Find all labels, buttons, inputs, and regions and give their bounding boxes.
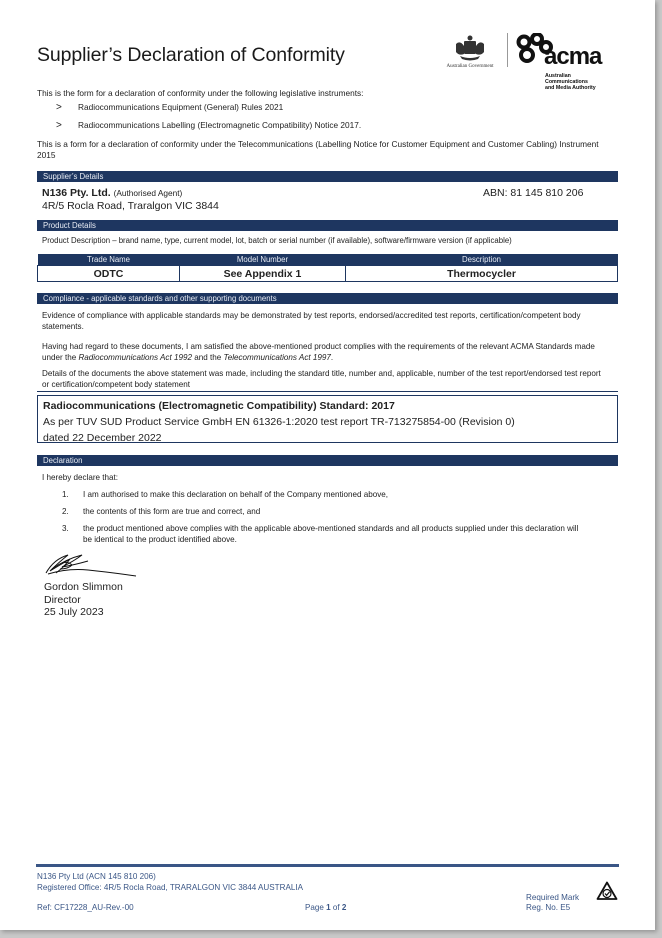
footer-company: N136 Pty Ltd (ACN 145 810 206) (37, 872, 156, 881)
declaration-intro: I hereby declare that: (42, 473, 118, 482)
supplier-address: 4R/5 Rocla Road, Traralgon VIC 3844 (42, 200, 219, 212)
footer-ref: Ref: CF17228_AU-Rev.-00 (37, 903, 134, 912)
description-cell: Thermocycler (346, 266, 618, 282)
page-title: Supplier’s Declaration of Conformity (37, 44, 345, 67)
svg-text:Australian Government: Australian Government (446, 64, 494, 69)
signature (42, 549, 142, 579)
details-text: Details of the documents the above state… (42, 368, 602, 390)
svg-text:acma: acma (544, 43, 603, 70)
evidence-text: Evidence of compliance with applicable s… (42, 310, 602, 332)
supplier-abn: ABN: 81 145 810 206 (483, 187, 583, 199)
telecom-intro-text: This is a form for a declaration of conf… (37, 139, 617, 161)
section-header-compliance: Compliance - applicable standards and ot… (37, 293, 618, 304)
supplier-role: (Authorised Agent) (114, 188, 183, 198)
logo-divider (507, 33, 508, 67)
standard-box: Radiocommunications (Electromagnetic Com… (37, 395, 618, 443)
chevron-right-icon: > (56, 102, 78, 113)
standard-title: Radiocommunications (Electromagnetic Com… (43, 398, 617, 414)
table-row: ODTC See Appendix 1 Thermocycler (38, 266, 618, 282)
intro-text: This is the form for a declaration of co… (37, 88, 364, 99)
product-description-label: Product Description – brand name, type, … (42, 236, 512, 245)
coat-of-arms-icon: Australian Government (438, 32, 502, 72)
signed-date: 25 July 2023 (44, 606, 104, 618)
page-number: Page 1 of 2 (305, 903, 346, 912)
section-header-declaration: Declaration (37, 455, 618, 466)
australian-government-logo: Australian Government (438, 32, 502, 72)
footer-office: Registered Office: 4R/5 Rocla Road, TRAR… (37, 883, 303, 892)
chevron-right-icon: > (56, 120, 78, 131)
footer-divider (36, 864, 619, 867)
section-header-product: Product Details (37, 220, 618, 231)
standard-report: As per TUV SUD Product Service GmbH EN 6… (43, 414, 617, 430)
svg-text:and Media Authority: and Media Authority (545, 85, 596, 91)
required-mark-label: Required Mark (526, 893, 579, 902)
signer-name: Gordon Slimmon (44, 581, 123, 593)
column-header: Trade Name (38, 254, 180, 266)
divider (37, 391, 618, 392)
signature-icon (42, 549, 142, 579)
registration-number: Reg. No. E5 (526, 903, 570, 912)
acma-logo-icon: acma Australian Communications and Media… (514, 33, 618, 95)
product-table-header: Trade Name Model Number Description (38, 254, 618, 266)
section-header-supplier: Supplier’s Details (37, 171, 618, 182)
column-header: Description (346, 254, 618, 266)
document-page: Supplier’s Declaration of Conformity Aus… (0, 0, 655, 930)
model-number-cell: See Appendix 1 (180, 266, 346, 282)
supplier-name: N136 Pty. Ltd. (42, 187, 111, 199)
column-header: Model Number (180, 254, 346, 266)
signer-title: Director (44, 594, 81, 606)
product-table: Trade Name Model Number Description ODTC… (37, 254, 618, 282)
supplier-name-line: N136 Pty. Ltd. (Authorised Agent) (42, 187, 182, 199)
rcm-mark-icon (596, 881, 618, 901)
instrument-item: >Radiocommunications Equipment (General)… (56, 102, 283, 113)
regard-text: Having had regard to these documents, I … (42, 341, 602, 363)
instrument-item: >Radiocommunications Labelling (Electrom… (56, 120, 361, 131)
standard-date: dated 22 December 2022 (43, 430, 617, 446)
trade-name-cell: ODTC (38, 266, 180, 282)
acma-logo: acma Australian Communications and Media… (514, 33, 618, 95)
